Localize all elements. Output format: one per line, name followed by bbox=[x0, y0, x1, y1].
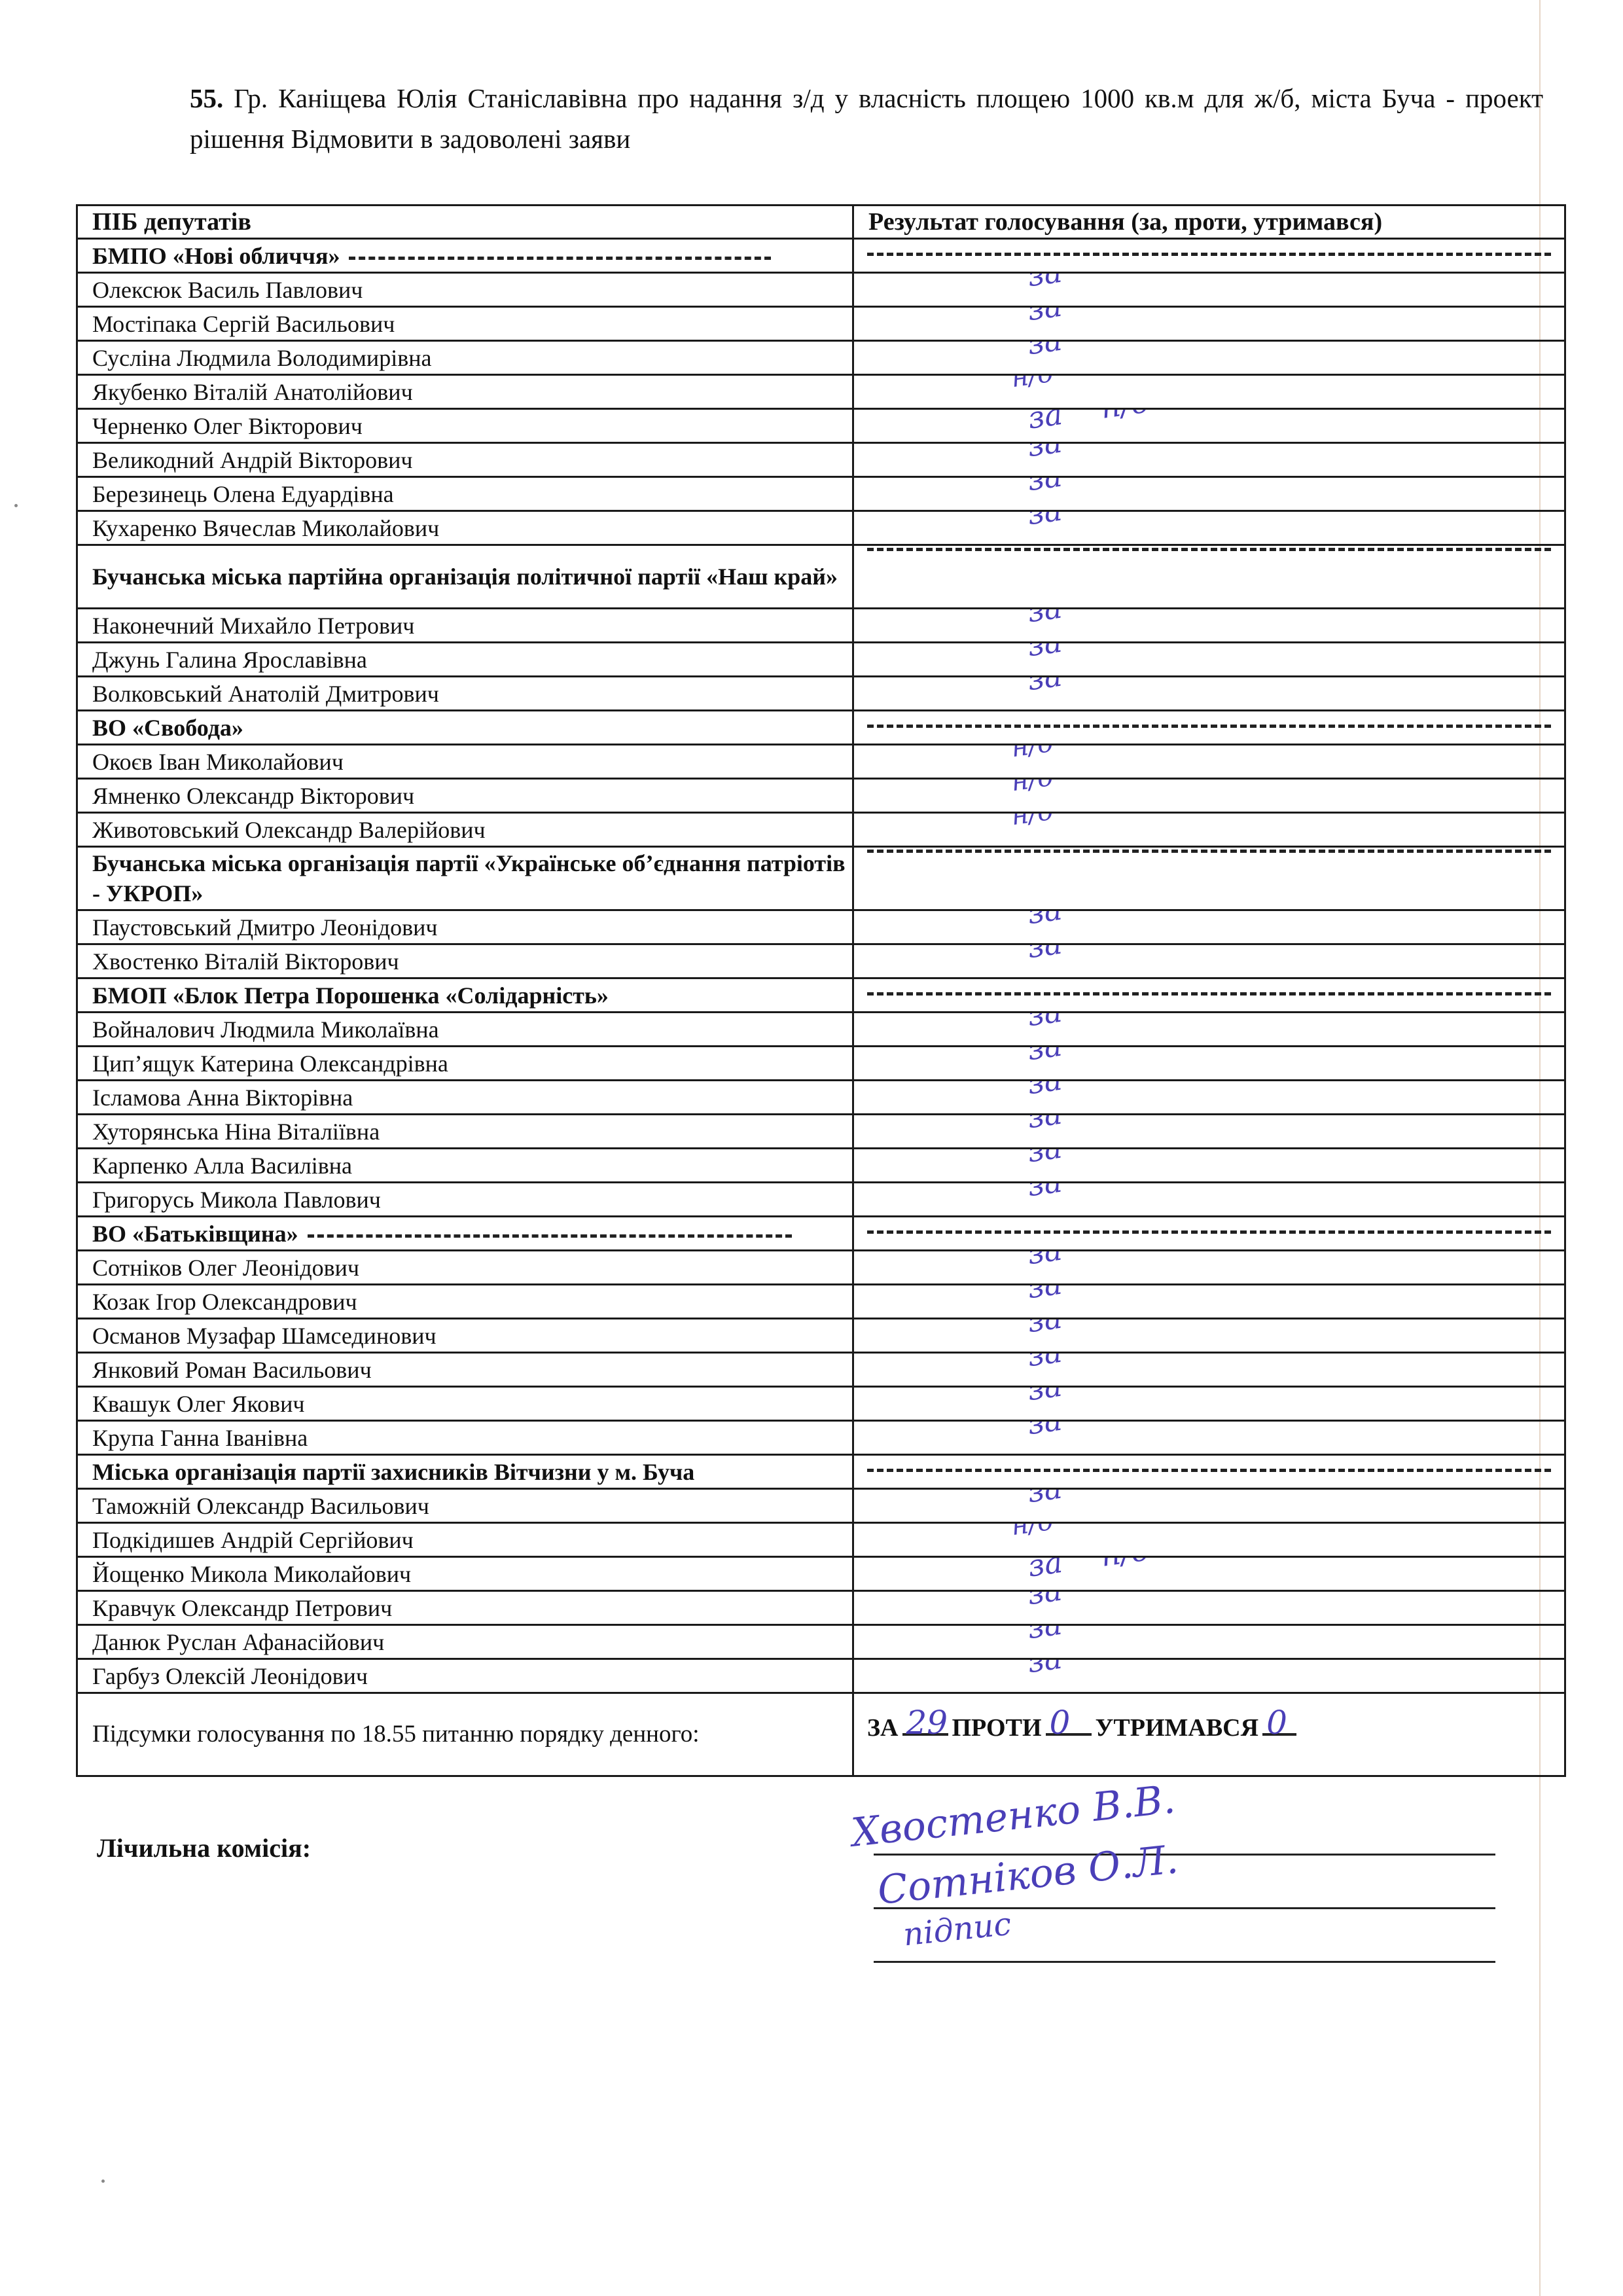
handwritten-vote: за bbox=[1026, 944, 1063, 962]
vote-value: за bbox=[1025, 1625, 1064, 1646]
deputy-row: Мостіпака Сергій Васильовичза bbox=[77, 307, 1565, 341]
handwritten-vote: зан/б bbox=[1026, 409, 1151, 433]
for-count: 29 bbox=[906, 1708, 948, 1737]
deputy-row: Великодний Андрій Вікторовичза bbox=[77, 443, 1565, 477]
party-group-vote-cell bbox=[853, 711, 1565, 745]
vote-value: н/б bbox=[1009, 813, 1055, 832]
deputy-name: Ісламова Анна Вікторівна bbox=[77, 1081, 853, 1115]
party-group-row: ВО «Свобода» bbox=[77, 711, 1565, 745]
handwritten-vote: за bbox=[1026, 910, 1063, 928]
deputy-name: Гарбуз Олексій Леонідович bbox=[77, 1659, 853, 1693]
deputy-name: Сусліна Людмила Володимирівна bbox=[77, 341, 853, 375]
deputy-row: Джунь Галина Ярославівназа bbox=[77, 643, 1565, 677]
deputy-row: Якубенко Віталій Анатолійовичн/б bbox=[77, 375, 1565, 409]
deputy-name: Ямненко Олександр Вікторович bbox=[77, 779, 853, 813]
deputy-vote-cell: за bbox=[853, 1387, 1565, 1421]
handwritten-vote: за bbox=[1026, 443, 1063, 461]
vote-value: за bbox=[1025, 443, 1064, 464]
deputy-vote-cell: н/б bbox=[853, 745, 1565, 779]
scan-speck bbox=[14, 504, 18, 507]
counting-commission-label: Лічильна комісія: bbox=[97, 1833, 311, 1863]
column-header-names: ПІБ депутатів bbox=[77, 206, 853, 239]
deputy-vote-cell: за bbox=[853, 1047, 1565, 1081]
dashed-filler bbox=[867, 850, 1551, 853]
party-group-name: БМПО «Нові обличчя» bbox=[92, 243, 340, 269]
deputy-name: Козак Ігор Олександрович bbox=[77, 1285, 853, 1319]
deputy-row: Войналович Людмила Миколаївназа bbox=[77, 1013, 1565, 1047]
party-group-vote-cell bbox=[853, 545, 1565, 609]
deputy-name: Мостіпака Сергій Васильович bbox=[77, 307, 853, 341]
deputy-vote-cell: за bbox=[853, 1489, 1565, 1523]
against-blank: 0 bbox=[1046, 1713, 1092, 1736]
party-group-name: ВО «Свобода» bbox=[92, 715, 243, 741]
deputy-vote-cell: за bbox=[853, 1081, 1565, 1115]
signature-3: підпис bbox=[902, 1906, 1013, 1954]
signature-line-2 bbox=[874, 1907, 1495, 1909]
deputy-row: Черненко Олег Вікторовичзан/б bbox=[77, 409, 1565, 443]
dashed-filler bbox=[867, 725, 1551, 728]
deputy-name: Кухаренко Вячеслав Миколайович bbox=[77, 511, 853, 545]
handwritten-vote: за bbox=[1026, 1489, 1063, 1507]
deputy-vote-cell: за bbox=[853, 609, 1565, 643]
summary-label: Підсумки голосування по 18.55 питанню по… bbox=[77, 1693, 853, 1776]
against-count: 0 bbox=[1050, 1708, 1071, 1737]
deputy-vote-cell: за bbox=[853, 910, 1565, 944]
deputy-name: Великодний Андрій Вікторович bbox=[77, 443, 853, 477]
vote-value: за bbox=[1025, 1047, 1064, 1067]
table-header-row: ПІБ депутатів Результат голосування (за,… bbox=[77, 206, 1565, 239]
deputy-row: Хвостенко Віталій Вікторовичза bbox=[77, 944, 1565, 978]
deputy-row: Животовський Олександр Валерійовичн/б bbox=[77, 813, 1565, 847]
deputy-name: Джунь Галина Ярославівна bbox=[77, 643, 853, 677]
deputy-vote-cell: за bbox=[853, 341, 1565, 375]
party-group-label: БМПО «Нові обличчя» bbox=[77, 239, 853, 273]
deputy-vote-cell: н/б bbox=[853, 813, 1565, 847]
handwritten-vote: за bbox=[1026, 1387, 1063, 1405]
deputy-row: Волковський Анатолій Дмитровичза bbox=[77, 677, 1565, 711]
deputy-name: Якубенко Віталій Анатолійович bbox=[77, 375, 853, 409]
party-group-vote-cell bbox=[853, 847, 1565, 910]
vote-value: за bbox=[1025, 341, 1064, 362]
deputy-vote-cell: за bbox=[853, 1115, 1565, 1149]
deputy-vote-cell: за bbox=[853, 677, 1565, 711]
deputy-vote-cell: за bbox=[853, 1353, 1565, 1387]
abstain-label: УТРИМАВСЯ bbox=[1096, 1713, 1259, 1742]
vote-value: за bbox=[1025, 477, 1064, 498]
handwritten-vote: за bbox=[1026, 1251, 1063, 1268]
deputy-name: Данюк Руслан Афанасійович bbox=[77, 1625, 853, 1659]
deputy-vote-cell: н/б bbox=[853, 779, 1565, 813]
deputy-name: Янковий Роман Васильович bbox=[77, 1353, 853, 1387]
vote-value: за bbox=[1026, 409, 1065, 436]
abstain-blank: 0 bbox=[1262, 1713, 1296, 1736]
deputy-vote-cell: за bbox=[853, 944, 1565, 978]
deputy-row: Данюк Руслан Афанасійовичза bbox=[77, 1625, 1565, 1659]
deputy-vote-cell: за bbox=[853, 1285, 1565, 1319]
handwritten-vote: за bbox=[1026, 677, 1063, 694]
deputy-name: Григорусь Микола Павлович bbox=[77, 1183, 853, 1217]
vote-value: н/б bbox=[1009, 1523, 1055, 1542]
handwritten-vote: за bbox=[1026, 1013, 1063, 1030]
dashed-filler bbox=[308, 1234, 792, 1238]
vote-value: за bbox=[1025, 944, 1064, 965]
dashed-filler bbox=[867, 992, 1551, 996]
handwritten-vote: за bbox=[1026, 1149, 1063, 1166]
abstain-count: 0 bbox=[1266, 1708, 1287, 1737]
deputy-name: Окоєв Іван Миколайович bbox=[77, 745, 853, 779]
handwritten-vote: за bbox=[1026, 609, 1063, 626]
voting-table: ПІБ депутатів Результат голосування (за,… bbox=[76, 204, 1566, 1777]
deputy-row: Кравчук Олександр Петровичза bbox=[77, 1591, 1565, 1625]
vote-value: за bbox=[1025, 1387, 1064, 1408]
party-group-vote-cell bbox=[853, 1217, 1565, 1251]
deputy-row: Янковий Роман Васильовичза bbox=[77, 1353, 1565, 1387]
deputy-row: Наконечний Михайло Петровичза bbox=[77, 609, 1565, 643]
deputy-vote-cell: зан/б bbox=[853, 409, 1565, 443]
dashed-filler bbox=[867, 253, 1551, 256]
deputy-vote-cell: за bbox=[853, 643, 1565, 677]
vote-value: за bbox=[1025, 910, 1064, 931]
deputy-name: Османов Музафар Шамсединович bbox=[77, 1319, 853, 1353]
deputy-row: Березинець Олена Едуардівназа bbox=[77, 477, 1565, 511]
vote-value: за bbox=[1026, 1557, 1065, 1584]
deputy-name: Паустовський Дмитро Леонідович bbox=[77, 910, 853, 944]
party-group-row: Міська організація партії захисників Віт… bbox=[77, 1455, 1565, 1489]
scan-speck bbox=[101, 2179, 105, 2183]
deputy-vote-cell: за bbox=[853, 1251, 1565, 1285]
party-group-vote-cell bbox=[853, 978, 1565, 1013]
deputy-name: Крупа Ганна Іванівна bbox=[77, 1421, 853, 1455]
deputy-vote-cell: н/б bbox=[853, 1523, 1565, 1557]
deputy-name: Подкідишев Андрій Сергійович bbox=[77, 1523, 853, 1557]
deputy-name: Квашук Олег Якович bbox=[77, 1387, 853, 1421]
vote-value: за bbox=[1025, 307, 1064, 328]
deputy-vote-cell: за bbox=[853, 1625, 1565, 1659]
vote-value: за bbox=[1025, 1353, 1064, 1374]
deputy-row: Кухаренко Вячеслав Миколайовичза bbox=[77, 511, 1565, 545]
deputy-vote-cell: за bbox=[853, 1319, 1565, 1353]
deputy-vote-cell: за bbox=[853, 1149, 1565, 1183]
deputy-name: Таможній Олександр Васильович bbox=[77, 1489, 853, 1523]
vote-value: н/б bbox=[1009, 745, 1055, 764]
deputy-name: Животовський Олександр Валерійович bbox=[77, 813, 853, 847]
vote-value: за bbox=[1025, 1013, 1064, 1033]
deputy-name: Черненко Олег Вікторович bbox=[77, 409, 853, 443]
deputy-name: Войналович Людмила Миколаївна bbox=[77, 1013, 853, 1047]
deputy-name: Цип’ящук Катерина Олександрівна bbox=[77, 1047, 853, 1081]
handwritten-vote: зан/б bbox=[1026, 1557, 1151, 1581]
deputy-vote-cell: за bbox=[853, 1591, 1565, 1625]
dashed-filler bbox=[349, 257, 771, 260]
deputy-name: Наконечний Михайло Петрович bbox=[77, 609, 853, 643]
deputy-row: Цип’ящук Катерина Олександрівназа bbox=[77, 1047, 1565, 1081]
deputy-row: Ісламова Анна Вікторівназа bbox=[77, 1081, 1565, 1115]
party-group-row: ВО «Батьківщина» bbox=[77, 1217, 1565, 1251]
signature-line-3 bbox=[874, 1961, 1495, 1963]
deputy-vote-cell: за bbox=[853, 1659, 1565, 1693]
handwritten-vote: за bbox=[1026, 1115, 1063, 1132]
column-header-result: Результат голосування (за, проти, утрима… bbox=[853, 206, 1565, 239]
deputy-row: Подкідишев Андрій Сергійовичн/б bbox=[77, 1523, 1565, 1557]
deputy-vote-cell: за bbox=[853, 273, 1565, 307]
handwritten-vote: за bbox=[1026, 273, 1063, 291]
handwritten-vote: за bbox=[1026, 1353, 1063, 1371]
handwritten-vote: н/б bbox=[1009, 813, 1055, 831]
agenda-item-text: Гр. Каніщева Юлія Станіславівна про нада… bbox=[190, 83, 1543, 154]
vote-value: за bbox=[1025, 1115, 1064, 1136]
vote-note: н/б bbox=[1099, 1557, 1152, 1574]
deputy-row: Хуторянська Ніна Віталіївназа bbox=[77, 1115, 1565, 1149]
handwritten-vote: за bbox=[1026, 1421, 1063, 1439]
deputy-vote-cell: зан/б bbox=[853, 1557, 1565, 1591]
party-group-name: Бучанська міська організація партії «Укр… bbox=[92, 850, 846, 906]
vote-value: за bbox=[1025, 1489, 1064, 1510]
deputy-name: Олексюк Василь Павлович bbox=[77, 273, 853, 307]
handwritten-vote: н/б bbox=[1009, 375, 1055, 393]
deputy-name: Кравчук Олександр Петрович bbox=[77, 1591, 853, 1625]
party-group-name: БМОП «Блок Петра Порошенка «Солідарність… bbox=[92, 982, 609, 1009]
handwritten-vote: н/б bbox=[1009, 1523, 1055, 1541]
deputy-row: Сусліна Людмила Володимирівназа bbox=[77, 341, 1565, 375]
summary-row: Підсумки голосування по 18.55 питанню по… bbox=[77, 1693, 1565, 1776]
handwritten-vote: за bbox=[1026, 1081, 1063, 1098]
dashed-filler bbox=[867, 1469, 1551, 1472]
vote-value: н/б bbox=[1009, 779, 1055, 798]
deputy-vote-cell: за bbox=[853, 511, 1565, 545]
handwritten-vote: за bbox=[1026, 341, 1063, 359]
deputy-vote-cell: за bbox=[853, 443, 1565, 477]
vote-value: за bbox=[1025, 1149, 1064, 1170]
party-group-name: ВО «Батьківщина» bbox=[92, 1221, 298, 1247]
party-group-row: БМОП «Блок Петра Порошенка «Солідарність… bbox=[77, 978, 1565, 1013]
agenda-item-heading: 55. Гр. Каніщева Юлія Станіславівна про … bbox=[190, 78, 1543, 159]
handwritten-vote: за bbox=[1026, 477, 1063, 495]
handwritten-vote: за bbox=[1026, 1319, 1063, 1336]
vote-value: за bbox=[1025, 1591, 1064, 1612]
for-blank: 29 bbox=[902, 1713, 948, 1736]
party-group-label: ВО «Свобода» bbox=[77, 711, 853, 745]
party-group-row: Бучанська міська організація партії «Укр… bbox=[77, 847, 1565, 910]
deputy-row: Таможній Олександр Васильовичза bbox=[77, 1489, 1565, 1523]
party-group-label: Бучанська міська партійна організація по… bbox=[77, 545, 853, 609]
deputy-row: Карпенко Алла Василівназа bbox=[77, 1149, 1565, 1183]
vote-value: за bbox=[1025, 677, 1064, 698]
vote-value: за bbox=[1025, 1251, 1064, 1272]
party-group-row: БМПО «Нові обличчя» bbox=[77, 239, 1565, 273]
handwritten-vote: за bbox=[1026, 1591, 1063, 1609]
vote-value: за bbox=[1025, 1081, 1064, 1102]
summary-results: ЗА29ПРОТИ0УТРИМАВСЯ0 bbox=[853, 1693, 1565, 1776]
deputy-vote-cell: за bbox=[853, 477, 1565, 511]
deputy-row: Сотніков Олег Леонідовичза bbox=[77, 1251, 1565, 1285]
vote-value: за bbox=[1025, 1421, 1064, 1442]
vote-value: за bbox=[1025, 643, 1064, 664]
handwritten-vote: за bbox=[1026, 307, 1063, 325]
party-group-row: Бучанська міська партійна організація по… bbox=[77, 545, 1565, 609]
deputy-name: Сотніков Олег Леонідович bbox=[77, 1251, 853, 1285]
against-label: ПРОТИ bbox=[952, 1713, 1042, 1742]
deputy-row: Йощенко Микола Миколайовичзан/б bbox=[77, 1557, 1565, 1591]
deputy-row: Квашук Олег Яковичза bbox=[77, 1387, 1565, 1421]
party-group-vote-cell bbox=[853, 239, 1565, 273]
deputy-name: Хуторянська Ніна Віталіївна bbox=[77, 1115, 853, 1149]
handwritten-vote: за bbox=[1026, 511, 1063, 529]
party-group-label: Міська організація партії захисників Віт… bbox=[77, 1455, 853, 1489]
deputy-row: Паустовський Дмитро Леонідовичза bbox=[77, 910, 1565, 944]
handwritten-vote: за bbox=[1026, 1659, 1063, 1677]
party-group-name: Міська організація партії захисників Віт… bbox=[92, 1459, 694, 1485]
dashed-filler bbox=[867, 548, 1551, 551]
deputy-vote-cell: за bbox=[853, 1013, 1565, 1047]
party-group-label: БМОП «Блок Петра Порошенка «Солідарність… bbox=[77, 978, 853, 1013]
deputy-row: Османов Музафар Шамсединовичза bbox=[77, 1319, 1565, 1353]
deputy-name: Березинець Олена Едуардівна bbox=[77, 477, 853, 511]
vote-value: н/б bbox=[1009, 375, 1055, 394]
party-group-name: Бучанська міська партійна організація по… bbox=[92, 564, 838, 590]
deputy-row: Ямненко Олександр Вікторовичн/б bbox=[77, 779, 1565, 813]
handwritten-vote: за bbox=[1026, 1285, 1063, 1302]
vote-value: за bbox=[1025, 1285, 1064, 1306]
for-label: ЗА bbox=[867, 1713, 899, 1742]
vote-value: за bbox=[1025, 273, 1064, 294]
deputy-vote-cell: н/б bbox=[853, 375, 1565, 409]
deputy-row: Григорусь Микола Павловичза bbox=[77, 1183, 1565, 1217]
deputy-row: Олексюк Василь Павловичза bbox=[77, 273, 1565, 307]
deputy-row: Крупа Ганна Іванівназа bbox=[77, 1421, 1565, 1455]
handwritten-vote: н/б bbox=[1009, 745, 1055, 763]
dashed-filler bbox=[867, 1230, 1551, 1234]
party-group-vote-cell bbox=[853, 1455, 1565, 1489]
handwritten-vote: за bbox=[1026, 1625, 1063, 1643]
deputy-name: Йощенко Микола Миколайович bbox=[77, 1557, 853, 1591]
deputy-vote-cell: за bbox=[853, 1421, 1565, 1455]
handwritten-vote: за bbox=[1026, 1183, 1063, 1200]
handwritten-vote: за bbox=[1026, 1047, 1063, 1064]
vote-value: за bbox=[1025, 511, 1064, 532]
party-group-label: Бучанська міська організація партії «Укр… bbox=[77, 847, 853, 910]
vote-value: за bbox=[1025, 1183, 1064, 1204]
deputy-name: Волковський Анатолій Дмитрович bbox=[77, 677, 853, 711]
deputy-row: Окоєв Іван Миколайовичн/б bbox=[77, 745, 1565, 779]
deputy-name: Хвостенко Віталій Вікторович bbox=[77, 944, 853, 978]
vote-value: за bbox=[1025, 1659, 1064, 1680]
party-group-label: ВО «Батьківщина» bbox=[77, 1217, 853, 1251]
agenda-item-number: 55. bbox=[190, 83, 223, 113]
deputy-name: Карпенко Алла Василівна bbox=[77, 1149, 853, 1183]
handwritten-vote: за bbox=[1026, 643, 1063, 660]
deputy-row: Гарбуз Олексій Леонідовичза bbox=[77, 1659, 1565, 1693]
deputy-vote-cell: за bbox=[853, 1183, 1565, 1217]
signature-line-1 bbox=[874, 1854, 1495, 1856]
vote-value: за bbox=[1025, 1319, 1064, 1340]
handwritten-vote: н/б bbox=[1009, 779, 1055, 797]
deputy-vote-cell: за bbox=[853, 307, 1565, 341]
vote-note: н/б bbox=[1099, 409, 1152, 426]
vote-value: за bbox=[1025, 609, 1064, 630]
deputy-row: Козак Ігор Олександровичза bbox=[77, 1285, 1565, 1319]
